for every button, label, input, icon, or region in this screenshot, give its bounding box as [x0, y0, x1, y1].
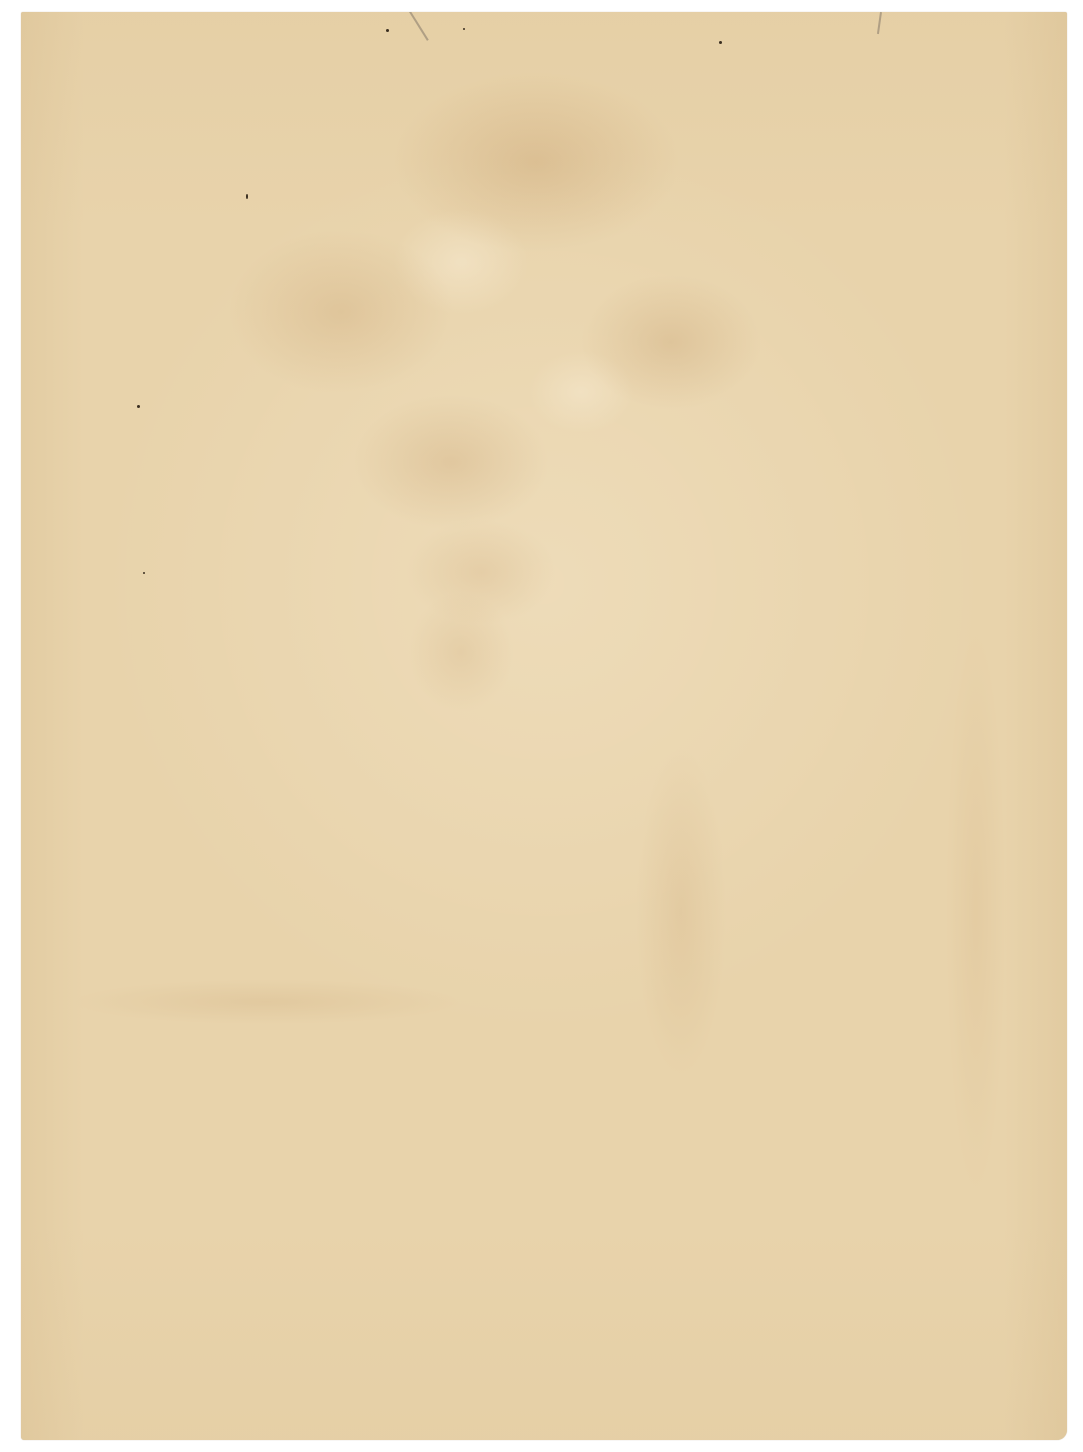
bleed-through-stains	[21, 12, 1067, 1440]
speck	[143, 572, 145, 574]
aged-paper-sheet	[21, 12, 1067, 1440]
pencil-mark	[409, 12, 429, 41]
speck	[246, 194, 248, 199]
speck	[137, 405, 140, 408]
speck	[719, 41, 722, 44]
pencil-mark	[877, 12, 882, 34]
speck	[463, 28, 465, 30]
paper-tone	[21, 12, 1067, 1440]
speck	[386, 29, 389, 32]
